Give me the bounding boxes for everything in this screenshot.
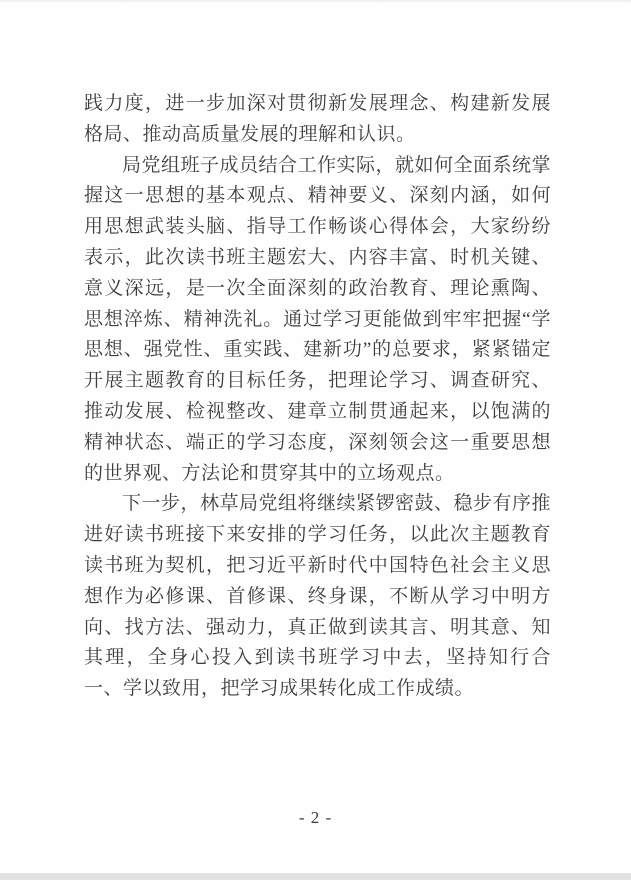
document-body: 践力度，进一步加深对贯彻新发展理念、构建新发展格局、推动高质量发展的理解和认识。… bbox=[84, 89, 551, 705]
page-number: - 2 - bbox=[0, 808, 631, 828]
scan-edge-bottom bbox=[0, 873, 631, 880]
document-page: 践力度，进一步加深对贯彻新发展理念、构建新发展格局、推动高质量发展的理解和认识。… bbox=[0, 0, 631, 880]
scan-edge-top bbox=[0, 0, 631, 3]
paragraph-next-steps: 下一步，林草局党组将继续紧锣密鼓、稳步有序推进好读书班接下来安排的学习任务，以此… bbox=[84, 489, 551, 705]
paragraph-continuation: 践力度，进一步加深对贯彻新发展理念、构建新发展格局、推动高质量发展的理解和认识。 bbox=[84, 89, 551, 151]
paragraph-study-reflections: 局党组班子成员结合工作实际，就如何全面系统掌握这一思想的基本观点、精神要义、深刻… bbox=[84, 151, 551, 490]
